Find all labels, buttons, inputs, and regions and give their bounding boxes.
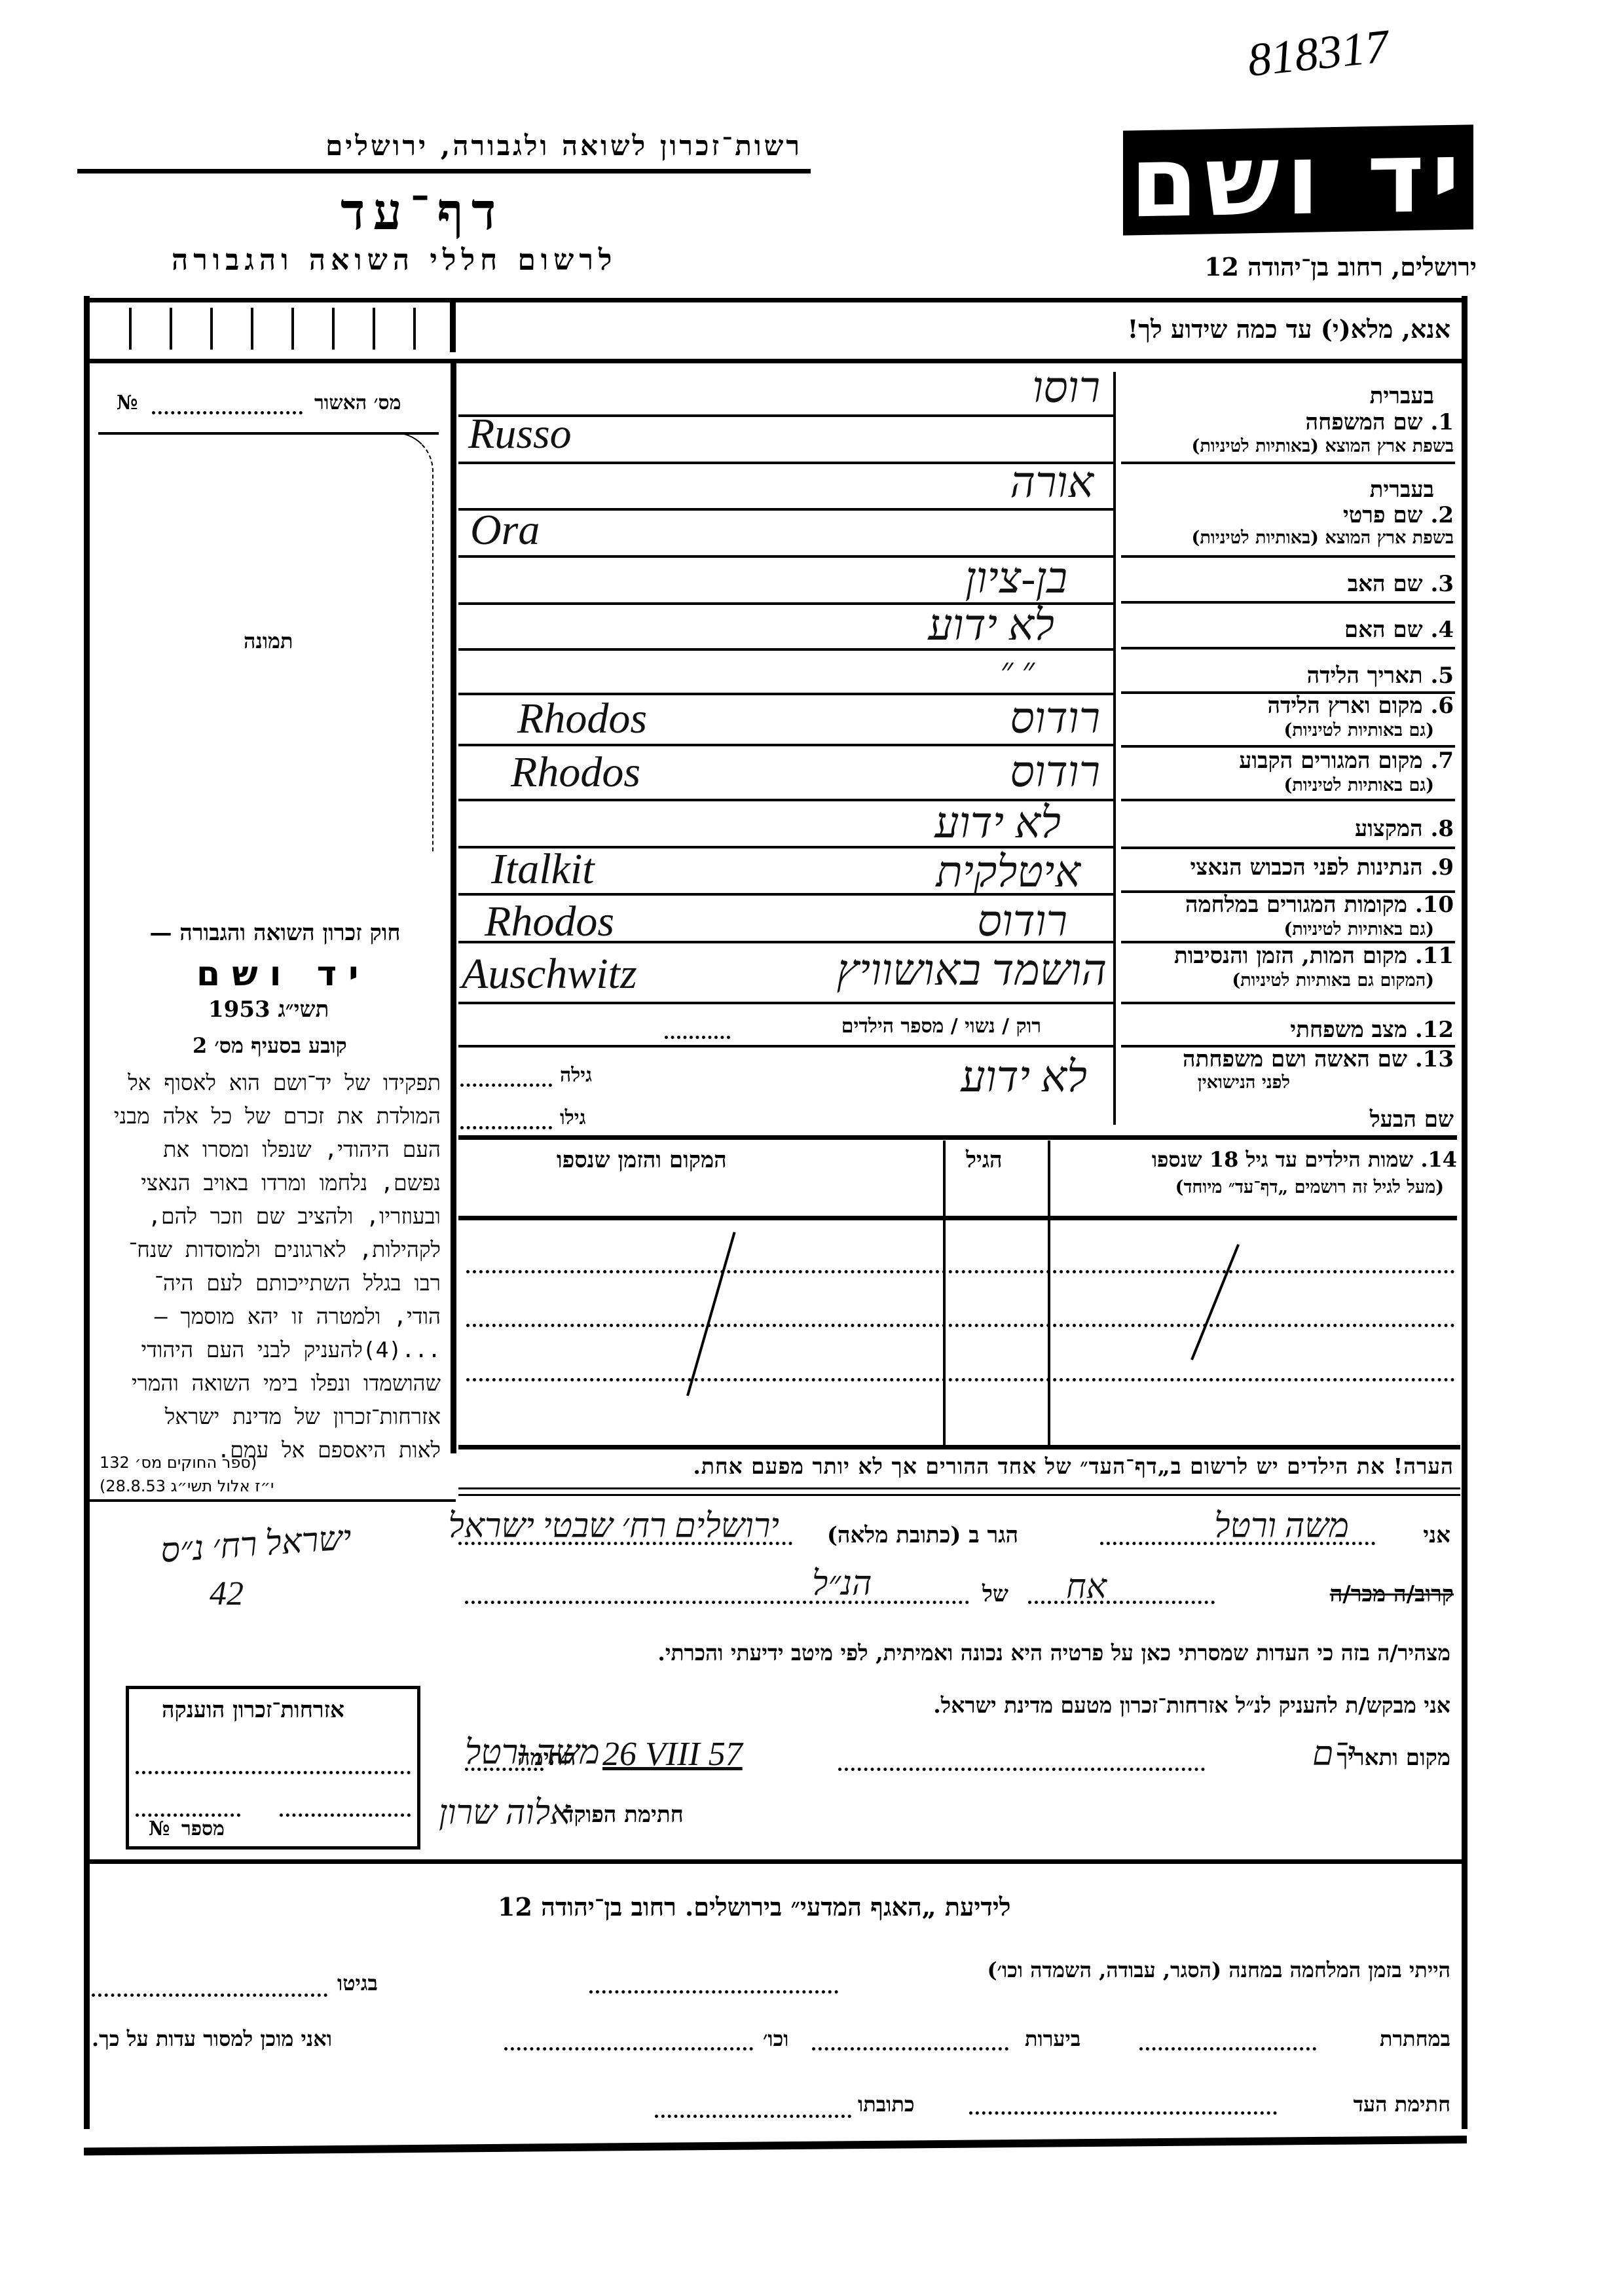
margin-note: ישראל רח׳ נ״ס xyxy=(159,1519,352,1571)
of-value[interactable]: הנ״ל xyxy=(812,1565,872,1603)
form-title: דף־עד xyxy=(341,182,504,242)
date-value[interactable]: 26 VIII 57 xyxy=(602,1735,743,1774)
approval-number-field[interactable] xyxy=(152,411,303,414)
wartime-residence-hebrew-value[interactable]: רודוס xyxy=(977,897,1067,947)
form-subtitle: לרשום חללי השואה והגבורה xyxy=(172,244,618,277)
given-name-latin-value[interactable]: Ora xyxy=(470,505,540,555)
declarant-name-value[interactable]: משה ורטל xyxy=(1214,1507,1349,1546)
children-col-names: 14. שמות הילדים עד גיל 18 שנספו xyxy=(1152,1147,1457,1172)
father-name-value[interactable]: בן-ציון xyxy=(965,554,1067,604)
logo-text: יד ושם xyxy=(1130,120,1466,240)
given-name-hebrew-value[interactable]: אורה xyxy=(1010,458,1094,508)
signature-value[interactable]: משה ורטל xyxy=(465,1734,600,1772)
wife-name-value[interactable]: לא ידוע xyxy=(961,1053,1087,1102)
forests-field[interactable] xyxy=(812,2047,1008,2050)
marital-status-options[interactable]: רוק / נשוי / מספר הילדים xyxy=(841,1015,1041,1038)
institute-address: ירושלים, רחוב בן־יהודה 12 xyxy=(1204,252,1477,282)
header-rule xyxy=(77,169,811,173)
relation-field[interactable] xyxy=(1028,1601,1215,1604)
law-clause: קובע בסעיף מס׳ 2 xyxy=(193,1033,347,1058)
wartime-residence-latin-value[interactable]: Rhodos xyxy=(485,897,614,947)
place-value[interactable]: י־ם xyxy=(1312,1735,1356,1774)
law-year: תשי״ג 1953 xyxy=(208,996,329,1023)
strike-through-mark xyxy=(686,1232,736,1396)
law-citation-2: י״ז אלול תשי״ג 28.8.53) xyxy=(100,1477,274,1495)
witness-signature-field[interactable] xyxy=(969,2111,1277,2115)
residence-hebrew-value[interactable]: רודוס xyxy=(1010,748,1100,797)
of-field[interactable] xyxy=(465,1601,969,1604)
label-column-divider xyxy=(1113,372,1116,1125)
ghetto-field[interactable] xyxy=(92,1994,327,1997)
archive-stamp-number: 818317 xyxy=(1245,19,1391,88)
citizenship-field-3[interactable] xyxy=(280,1813,411,1817)
other-field[interactable] xyxy=(504,2047,753,2050)
family-name-hebrew-value[interactable]: רוסו xyxy=(1032,363,1100,413)
camp-field[interactable] xyxy=(589,1990,838,1994)
children-row-2[interactable] xyxy=(466,1324,1455,1327)
birth-date-value[interactable]: ״ ״ xyxy=(1000,651,1035,690)
bottom-heading: לידיעת „האגף המדעי״ בירושלים. רחוב בן־יה… xyxy=(498,1892,1011,1922)
law-body: תפקידו של יד־ושם הוא לאסוף אל המולדת את … xyxy=(97,1066,441,1467)
official-signature-value[interactable]: אלוה שרון xyxy=(439,1794,570,1832)
yad-vashem-logo: יד ושם xyxy=(1123,124,1473,235)
citizenship-field-1[interactable] xyxy=(136,1771,411,1774)
photo-label: תמונה xyxy=(244,629,293,653)
death-place-latin-value[interactable]: Auschwitz xyxy=(462,949,637,999)
law-name: יד ושם xyxy=(196,955,370,994)
id-number-boxes xyxy=(90,302,456,352)
family-name-latin-value[interactable]: Russo xyxy=(468,409,572,459)
death-place-hebrew-value[interactable]: הושמד באושוויץ xyxy=(837,946,1107,996)
approval-no-sign: № xyxy=(117,392,138,414)
frame-top xyxy=(84,298,1467,302)
left-column-divider xyxy=(451,363,456,1453)
field-1-label: 1. שם המשפחה xyxy=(1306,409,1454,435)
law-heading: חוק זכרון השואה והגבורה — xyxy=(105,920,445,946)
birth-place-latin-value[interactable]: Rhodos xyxy=(517,694,647,744)
residence-latin-value[interactable]: Rhodos xyxy=(511,748,640,797)
profession-value[interactable]: לא ידוע xyxy=(934,799,1061,848)
citizenship-hebrew-value[interactable]: איטלקית xyxy=(936,848,1080,898)
husband-age-field[interactable] xyxy=(460,1126,552,1129)
witness-address-field[interactable] xyxy=(655,2115,851,2118)
declaration-statement: מצהיר/ה בזה כי העדות שמסרתי כאן על פרטיה… xyxy=(657,1640,1450,1666)
margin-number: 42 xyxy=(210,1575,244,1613)
children-row-1[interactable] xyxy=(466,1270,1455,1273)
frame-right xyxy=(1462,296,1467,2129)
birth-place-hebrew-value[interactable]: רודוס xyxy=(1010,694,1100,744)
note-text: הערה! את הילדים יש לרשום ב„דף־העד״ של אח… xyxy=(693,1453,1454,1480)
place-date-field[interactable] xyxy=(838,1768,1205,1771)
frame-left xyxy=(84,296,90,2129)
underground-field[interactable] xyxy=(1139,2047,1316,2050)
citizenship-latin-value[interactable]: Italkit xyxy=(491,845,595,894)
authority-name: רשות־זכרון לשואה ולגבורה, ירושלים xyxy=(325,130,802,162)
mother-name-value[interactable]: לא ידוע xyxy=(928,601,1054,651)
citizenship-box-title: אזרחות־זכרון הוענקה xyxy=(162,1697,344,1723)
strike-through-mark xyxy=(1190,1244,1240,1360)
relation-value[interactable]: אח xyxy=(1066,1568,1107,1607)
citizenship-field-2[interactable] xyxy=(136,1813,240,1817)
approval-number-label: מס׳ האשור xyxy=(314,392,401,414)
children-col-place-time: המקום והזמן שנספו xyxy=(557,1147,727,1173)
children-row-3[interactable] xyxy=(466,1378,1455,1381)
law-citation-1: (ספר החוקים מס׳ 132 xyxy=(100,1453,257,1472)
instruction-rule xyxy=(89,359,1462,363)
citizenship-request: אני מבקש/ת להעניק לנ״ל אזרחות־זכרון מטעם… xyxy=(933,1692,1450,1719)
children-col-age: הגיל xyxy=(966,1147,1003,1173)
citizenship-granted-box: אזרחות־זכרון הוענקה מספר № xyxy=(126,1686,420,1850)
instruction-text: אנא, מלא(י) עד כמה שידוע לך! xyxy=(1128,314,1450,344)
address-value[interactable]: ירושלים רח׳ שבטי ישראל xyxy=(449,1507,779,1546)
wife-age-field[interactable] xyxy=(460,1084,552,1087)
relation-label: קרוב/ה מכר/ה xyxy=(1330,1581,1454,1607)
